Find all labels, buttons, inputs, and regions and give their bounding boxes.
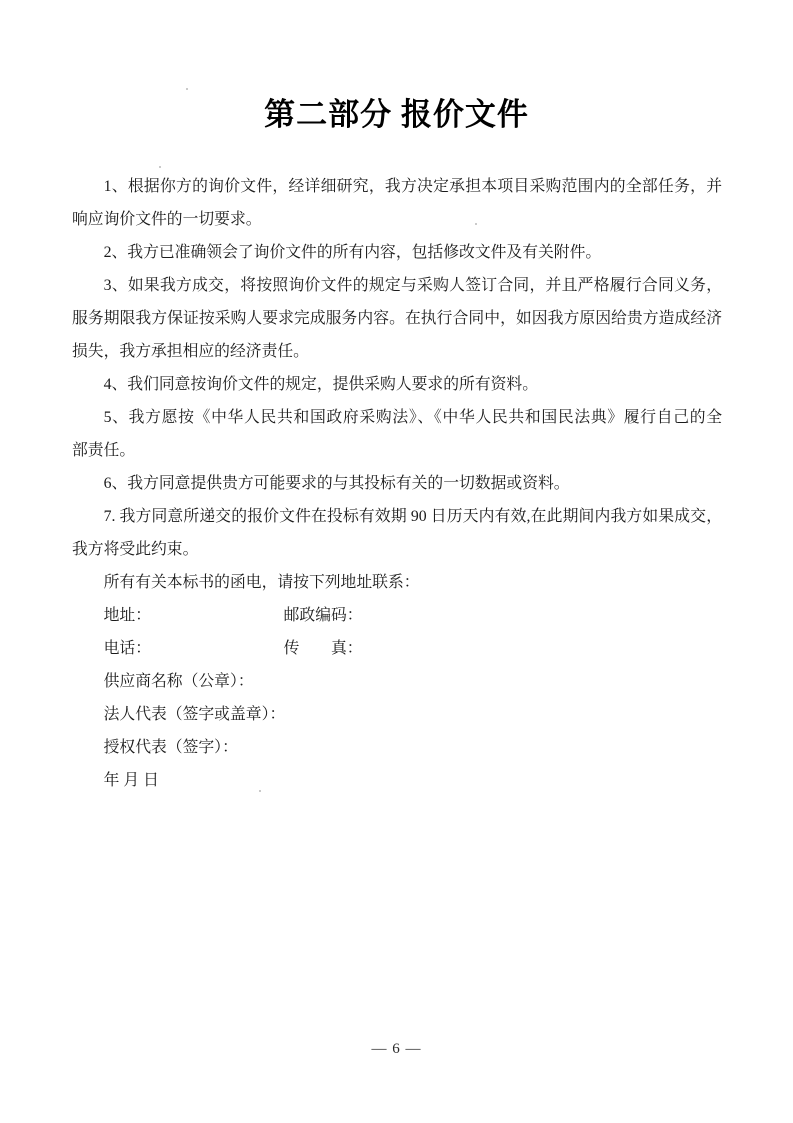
text-line: 损失，我方承担相应的经济责任。 xyxy=(72,335,722,368)
text-line: 1、根据你方的询价文件，经详细研究，我方决定承担本项目采购范围内的全部任务，并 xyxy=(72,170,722,203)
contact-label-right: 邮政编码： xyxy=(252,599,363,632)
text-line: 7. 我方同意所递交的报价文件在投标有效期 90 日历天内有效,在此期间内我方如… xyxy=(72,500,722,533)
text-line: 部责任。 xyxy=(72,434,722,467)
text-line: 6、我方同意提供贵方可能要求的与其投标有关的一切数据或资料。 xyxy=(72,467,722,500)
scan-speck xyxy=(259,790,261,792)
paragraph: 6、我方同意提供贵方可能要求的与其投标有关的一切数据或资料。 xyxy=(72,467,722,500)
paragraph: 7. 我方同意所递交的报价文件在投标有效期 90 日历天内有效,在此期间内我方如… xyxy=(72,500,722,566)
paragraph: 3、如果我方成交，将按照询价文件的规定与采购人签订合同，并且严格履行合同义务，服… xyxy=(72,269,722,368)
text-line: 我方将受此约束。 xyxy=(72,533,722,566)
contact-row: 电话：传 真： xyxy=(72,632,722,665)
text-line: 服务期限我方保证按采购人要求完成服务内容。在执行合同中，如因我方原因给贵方造成经… xyxy=(72,302,722,335)
text-line: 供应商名称（公章）： xyxy=(72,665,722,698)
text-line: 5、我方愿按《中华人民共和国政府采购法》、《中华人民共和国民法典》履行自己的全 xyxy=(72,401,722,434)
text-line: 年 月 日 xyxy=(72,764,722,797)
scan-speck xyxy=(512,477,514,479)
text-line: 法人代表（签字或盖章）： xyxy=(72,698,722,731)
signature-block: 供应商名称（公章）：法人代表（签字或盖章）：授权代表（签字）：年 月 日 xyxy=(72,665,722,797)
scan-speck xyxy=(159,166,161,168)
contact-fields: 地址：邮政编码：电话：传 真： xyxy=(72,599,722,665)
page-title: 第二部分 报价文件 xyxy=(0,92,793,138)
scan-speck xyxy=(186,88,188,90)
paragraph: 5、我方愿按《中华人民共和国政府采购法》、《中华人民共和国民法典》履行自己的全部… xyxy=(72,401,722,467)
contact-label-left: 地址： xyxy=(104,607,151,624)
contact-label-right: 传 真： xyxy=(252,632,363,665)
text-line: 3、如果我方成交，将按照询价文件的规定与采购人签订合同，并且严格履行合同义务， xyxy=(72,269,722,302)
paragraph-list: 1、根据你方的询价文件，经详细研究，我方决定承担本项目采购范围内的全部任务，并响… xyxy=(72,170,722,566)
contact-label-left: 电话： xyxy=(104,640,151,657)
page-number: — 6 — xyxy=(0,1041,793,1058)
paragraph: 2、我方已准确领会了询价文件的所有内容，包括修改文件及有关附件。 xyxy=(72,236,722,269)
text-line: 授权代表（签字）： xyxy=(72,731,722,764)
contact-row: 地址：邮政编码： xyxy=(72,599,722,632)
paragraph: 4、我们同意按询价文件的规定，提供采购人要求的所有资料。 xyxy=(72,368,722,401)
contact-intro: 所有有关本标书的函电，请按下列地址联系： xyxy=(72,566,722,599)
text-line: 4、我们同意按询价文件的规定，提供采购人要求的所有资料。 xyxy=(72,368,722,401)
text-line: 2、我方已准确领会了询价文件的所有内容，包括修改文件及有关附件。 xyxy=(72,236,722,269)
paragraph: 1、根据你方的询价文件，经详细研究，我方决定承担本项目采购范围内的全部任务，并响… xyxy=(72,170,722,236)
scan-speck xyxy=(233,375,235,377)
document-page: 第二部分 报价文件 1、根据你方的询价文件，经详细研究，我方决定承担本项目采购范… xyxy=(0,0,793,1123)
scan-speck xyxy=(475,223,477,225)
letter-body: 1、根据你方的询价文件，经详细研究，我方决定承担本项目采购范围内的全部任务，并响… xyxy=(72,170,722,797)
text-line: 响应询价文件的一切要求。 xyxy=(72,203,722,236)
